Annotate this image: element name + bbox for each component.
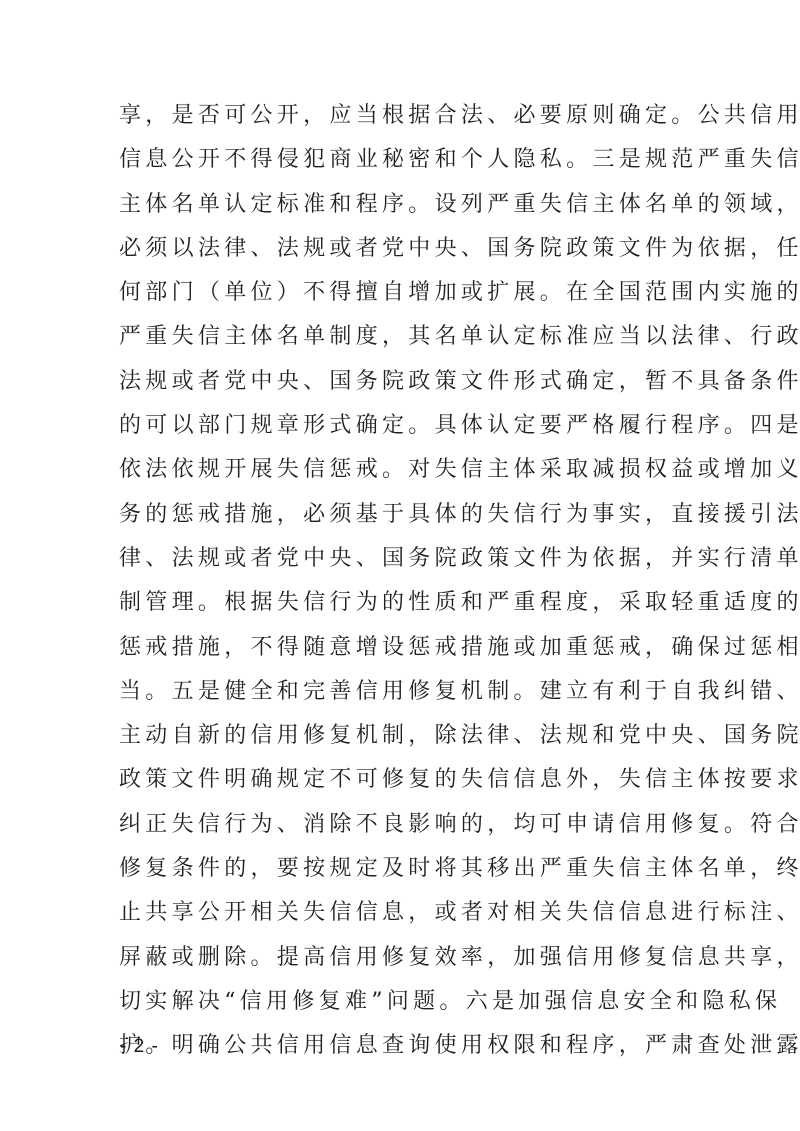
text-line: 护。明确公共信用信息查询使用权限和程序，严肃查处泄露、	[119, 1024, 684, 1068]
text-line: 纠正失信行为、消除不良影响的，均可申请信用修复。符合	[119, 803, 684, 847]
text-line: 当。五是健全和完善信用修复机制。建立有利于自我纠错、	[119, 670, 684, 714]
text-line: 必须以法律、法规或者党中央、国务院政策文件为依据，任	[119, 227, 684, 271]
text-line: 何部门（单位）不得擅自增加或扩展。在全国范围内实施的	[119, 271, 684, 315]
text-line: 制管理。根据失信行为的性质和严重程度，采取轻重适度的	[119, 581, 684, 625]
document-page: 享，是否可公开，应当根据合法、必要原则确定。公共信用 信息公开不得侵犯商业秘密和…	[0, 0, 800, 1131]
page-number: - 2 -	[120, 1036, 159, 1058]
text-line: 法规或者党中央、国务院政策文件形式确定，暂不具备条件	[119, 360, 684, 404]
text-line: 惩戒措施，不得随意增设惩戒措施或加重惩戒，确保过惩相	[119, 626, 684, 670]
text-line: 主体名单认定标准和程序。设列严重失信主体名单的领域，	[119, 183, 684, 227]
text-line: 政策文件明确规定不可修复的失信信息外，失信主体按要求	[119, 758, 684, 802]
body-paragraph: 享，是否可公开，应当根据合法、必要原则确定。公共信用 信息公开不得侵犯商业秘密和…	[119, 94, 684, 1069]
text-line: 修复条件的，要按规定及时将其移出严重失信主体名单，终	[119, 847, 684, 891]
text-line: 务的惩戒措施，必须基于具体的失信行为事实，直接援引法	[119, 493, 684, 537]
text-line: 严重失信主体名单制度，其名单认定标准应当以法律、行政	[119, 315, 684, 359]
text-line: 律、法规或者党中央、国务院政策文件为依据，并实行清单	[119, 537, 684, 581]
text-line: 止共享公开相关失信信息，或者对相关失信信息进行标注、	[119, 891, 684, 935]
text-line: 切实解决“信用修复难”问题。六是加强信息安全和隐私保	[119, 980, 684, 1024]
text-line: 的可以部门规章形式确定。具体认定要严格履行程序。四是	[119, 404, 684, 448]
text-line: 享，是否可公开，应当根据合法、必要原则确定。公共信用	[119, 94, 684, 138]
text-line: 信息公开不得侵犯商业秘密和个人隐私。三是规范严重失信	[119, 138, 684, 182]
text-line: 主动自新的信用修复机制，除法律、法规和党中央、国务院	[119, 714, 684, 758]
text-line: 屏蔽或删除。提高信用修复效率，加强信用修复信息共享，	[119, 936, 684, 980]
text-line: 依法依规开展失信惩戒。对失信主体采取减损权益或增加义	[119, 448, 684, 492]
